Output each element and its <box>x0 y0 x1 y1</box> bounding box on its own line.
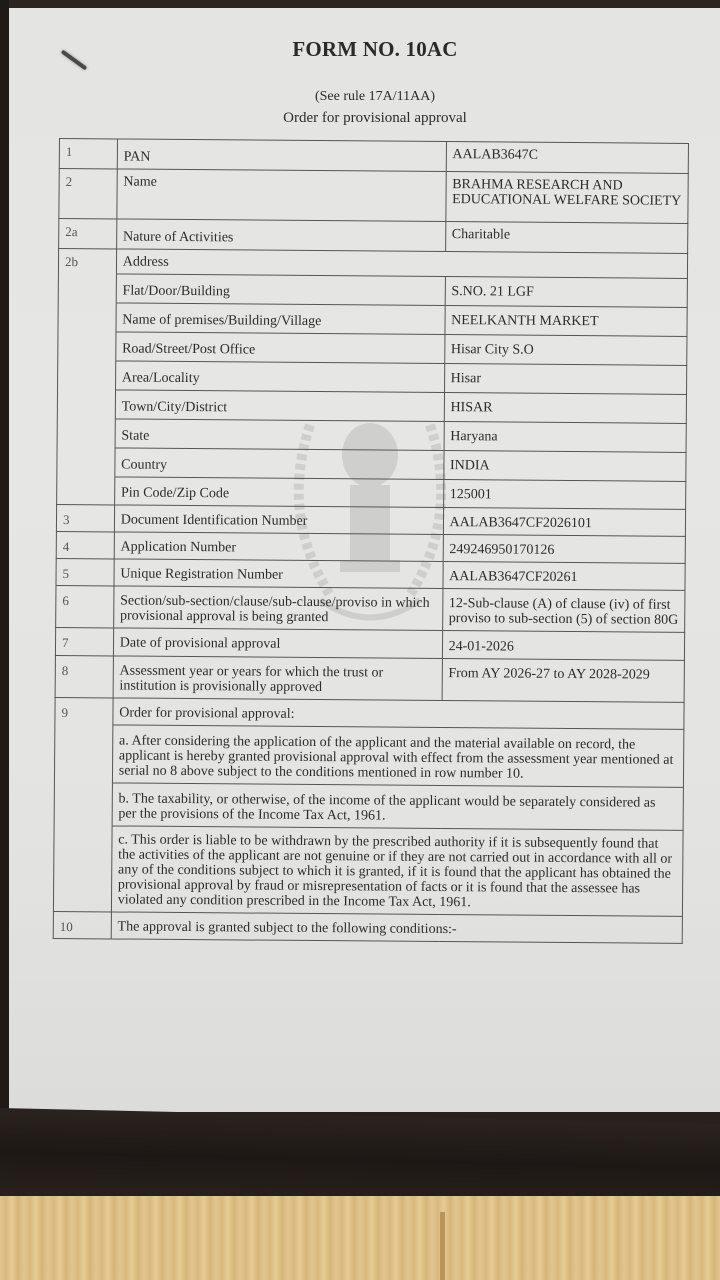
name-value: BRAHMA RESEARCH AND EDUCATIONAL WELFARE … <box>445 172 688 224</box>
premises-value: NEELKANTH MARKET <box>445 306 688 337</box>
table-row-order-c: c. This order is liable to be withdrawn … <box>53 825 683 916</box>
table-row-pan: 1 PAN AALAB3647C <box>59 139 688 174</box>
field-label: Road/Street/Post Office <box>116 332 445 364</box>
wooden-surface <box>0 1196 720 1280</box>
row-number: 10 <box>53 911 111 938</box>
table-row-assessment-year: 8 Assessment year or years for which the… <box>55 655 684 702</box>
row-number: 1 <box>59 139 117 169</box>
field-label: Date of provisional approval <box>113 628 442 659</box>
form-title: FORM NO. 10AC <box>0 37 720 62</box>
assessment-year-value: From AY 2026-27 to AY 2028-2029 <box>442 659 685 703</box>
row-number: 3 <box>56 504 114 531</box>
row-number: 2a <box>59 219 117 249</box>
order-clause-a: a. After considering the application of … <box>112 725 684 787</box>
order-clause-c: c. This order is liable to be withdrawn … <box>111 826 683 916</box>
row-number: 2 <box>59 169 117 219</box>
field-label: PAN <box>117 139 446 172</box>
row-number: 2b <box>58 249 116 274</box>
field-label: Nature of Activities <box>116 219 445 252</box>
field-label: Country <box>115 448 444 480</box>
field-label: Section/sub-section/clause/sub-clause/pr… <box>113 586 442 631</box>
wood-panel-seam <box>440 1212 445 1280</box>
table-row-name: 2 Name BRAHMA RESEARCH AND EDUCATIONAL W… <box>59 169 688 224</box>
table-row-conditions: 10 The approval is granted subject to th… <box>53 911 682 943</box>
country-value: INDIA <box>443 451 686 482</box>
table-row-order-b: b. The taxability, or otherwise, of the … <box>54 782 683 830</box>
field-label: Pin Code/Zip Code <box>114 477 443 508</box>
row-number: 4 <box>56 531 114 558</box>
field-label: Unique Registration Number <box>114 559 443 589</box>
order-clause-b: b. The taxability, or otherwise, of the … <box>112 783 684 830</box>
field-label: Town/City/District <box>115 390 444 422</box>
pin-value: 125001 <box>443 480 686 510</box>
approval-date-value: 24-01-2026 <box>442 631 685 661</box>
row-number: 7 <box>55 627 113 655</box>
road-value: Hisar City S.O <box>444 335 687 366</box>
form-subtitle: Order for provisional approval <box>0 110 720 127</box>
row-number: 6 <box>56 585 114 627</box>
section-value: 12-Sub-clause (A) of clause (iv) of firs… <box>442 589 685 633</box>
field-label: Name <box>117 169 446 222</box>
application-number-value: 249246950170126 <box>443 535 686 564</box>
form-table: 1 PAN AALAB3647C 2 Name BRAHMA RESEARCH … <box>53 138 689 944</box>
field-label: Name of premises/Building/Village <box>116 303 445 335</box>
row-number: 8 <box>55 655 113 697</box>
field-label: State <box>115 419 444 451</box>
state-value: Haryana <box>444 422 687 453</box>
row-number: 9 <box>55 697 113 724</box>
flat-value: S.NO. 21 LGF <box>445 277 688 308</box>
field-label: Application Number <box>114 532 443 562</box>
row-number: 5 <box>56 558 114 585</box>
field-label: Area/Locality <box>115 361 444 393</box>
town-value: HISAR <box>444 393 687 424</box>
document-id-value: AALAB3647CF2026101 <box>443 508 686 537</box>
field-label: Assessment year or years for which the t… <box>113 656 442 701</box>
rule-reference: (See rule 17A/11AA) <box>0 89 720 105</box>
area-value: Hisar <box>444 364 687 395</box>
field-label: Document Identification Number <box>114 505 443 535</box>
field-label: The approval is granted subject to the f… <box>111 912 682 943</box>
table-row-order-a: a. After considering the application of … <box>54 724 683 787</box>
registration-number-value: AALAB3647CF20261 <box>443 562 686 591</box>
nature-value: Charitable <box>445 222 688 254</box>
frame-left-edge <box>0 0 9 1120</box>
table-row-section: 6 Section/sub-section/clause/sub-clause/… <box>56 585 685 632</box>
table-row-nature-of-activities: 2a Nature of Activities Charitable <box>59 219 688 254</box>
field-label: Flat/Door/Building <box>116 274 445 306</box>
pan-value: AALAB3647C <box>446 142 689 174</box>
